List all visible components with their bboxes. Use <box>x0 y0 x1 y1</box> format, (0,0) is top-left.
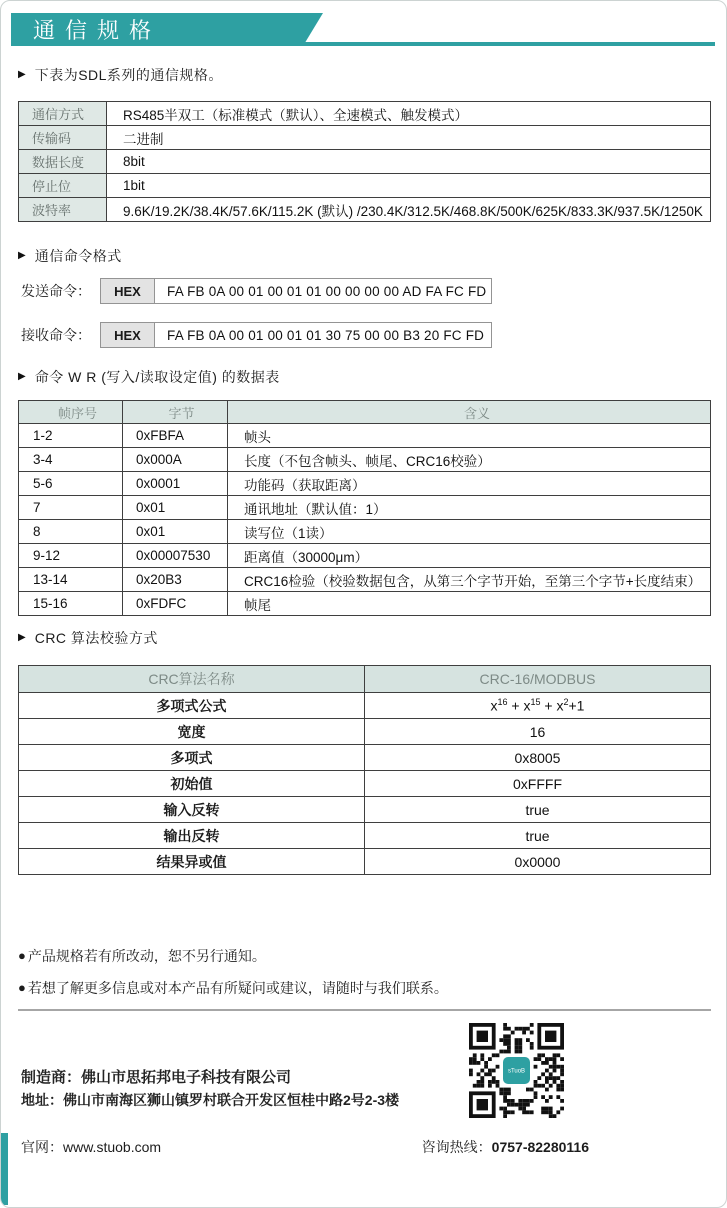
footer-bottom-row: 官网：www.stuob.com 咨询热线：0757-82280116 <box>21 1137 709 1157</box>
table-row: 多项式公式 x16 + x15 + x2+1 <box>19 693 711 719</box>
spec-value: RS485半双工（标准模式（默认）、全速模式、触发模式） <box>107 102 711 126</box>
intro-line: ▶ 下表为SDL系列的通信规格。 <box>18 67 709 83</box>
hex-type-cell: HEX <box>101 279 155 303</box>
spec-value: 8bit <box>107 150 711 174</box>
crc-param-value: 16 <box>365 719 711 745</box>
cell-meaning: 读写位（1读） <box>228 520 711 544</box>
crc-param-value: 0x8005 <box>365 745 711 771</box>
crc-param-name: 结果异或值 <box>19 849 365 875</box>
website-label: 官网： <box>21 1139 63 1155</box>
hotline-line: 咨询热线：0757-82280116 <box>422 1137 589 1157</box>
table-row: 初始值 0xFFFF <box>19 771 711 797</box>
crc-param-name: 宽度 <box>19 719 365 745</box>
cell-frame-no: 3-4 <box>19 448 123 472</box>
table-row: 停止位 1bit <box>19 174 711 198</box>
communication-spec-table: 通信方式 RS485半双工（标准模式（默认）、全速模式、触发模式） 传输码 二进… <box>18 101 711 222</box>
crc-table: CRC算法名称 CRC-16/MODBUS 多项式公式 x16 + x15 + … <box>18 665 711 875</box>
banner-accent-line <box>285 42 715 46</box>
send-command-row: 发送命令： HEX FA FB 0A 00 01 00 01 01 00 00 … <box>18 278 709 304</box>
spec-label: 通信方式 <box>19 102 107 126</box>
crc-param-name: 输入反转 <box>19 797 365 823</box>
cell-frame-no: 1-2 <box>19 424 123 448</box>
cell-frame-no: 7 <box>19 496 123 520</box>
qr-code: sTuoB <box>469 1023 564 1118</box>
triangle-bullet-icon: ▶ <box>18 248 26 264</box>
table-row: 3-4 0x000A 长度（不包含帧头、帧尾、CRC16校验） <box>19 448 711 472</box>
cell-frame-no: 5-6 <box>19 472 123 496</box>
hotline-number: 0757-82280116 <box>492 1139 589 1155</box>
cell-byte: 0x01 <box>123 520 228 544</box>
cell-meaning: 帧头 <box>228 424 711 448</box>
note-text: 产品规格若有所改动，恕不另行通知。 <box>28 947 266 965</box>
address-line: 地址：佛山市南海区狮山镇罗村联合开发区恒桂中路2号2-3楼 <box>21 1089 709 1111</box>
cell-byte: 0x0001 <box>123 472 228 496</box>
table-row: 13-14 0x20B3 CRC16检验（校验数据包含，从第三个字节开始，至第三… <box>19 568 711 592</box>
table-header-row: 帧序号 字节 含义 <box>19 401 711 424</box>
triangle-bullet-icon: ▶ <box>18 67 26 83</box>
crc-param-name: 多项式 <box>19 745 365 771</box>
manufacturer-line: 制造商：佛山市思拓邦电子科技有限公司 <box>21 1067 709 1089</box>
cell-byte: 0x000A <box>123 448 228 472</box>
spec-label: 数据长度 <box>19 150 107 174</box>
crc-param-name: 多项式公式 <box>19 693 365 719</box>
page-content: ▶ 下表为SDL系列的通信规格。 通信方式 RS485半双工（标准模式（默认）、… <box>1 67 726 1157</box>
receive-command-value: FA FB 0A 00 01 00 01 01 30 75 00 00 B3 2… <box>155 323 491 347</box>
triangle-bullet-icon: ▶ <box>18 630 26 646</box>
spec-label: 波特率 <box>19 198 107 222</box>
section-title-text: 通信命令格式 <box>35 248 122 264</box>
column-header: 字节 <box>123 401 228 424</box>
section-title-data-table: ▶ 命令 W R (写入/读取设定值) 的数据表 <box>18 369 709 385</box>
cell-meaning: 功能码（获取距离） <box>228 472 711 496</box>
crc-param-value: x16 + x15 + x2+1 <box>365 693 711 719</box>
receive-command-row: 接收命令： HEX FA FB 0A 00 01 00 01 01 30 75 … <box>18 322 709 348</box>
note-text: 若想了解更多信息或对本产品有所疑问或建议，请随时与我们联系。 <box>28 979 448 997</box>
dot-bullet-icon: ● <box>18 979 26 997</box>
table-row: 波特率 9.6K/19.2K/38.4K/57.6K/115.2K (默认) /… <box>19 198 711 222</box>
intro-text: 下表为SDL系列的通信规格。 <box>35 67 223 83</box>
crc-param-name: 初始值 <box>19 771 365 797</box>
table-row: 数据长度 8bit <box>19 150 711 174</box>
spec-sheet-page: 通信规格 ▶ 下表为SDL系列的通信规格。 通信方式 RS485半双工（标准模式… <box>0 0 727 1208</box>
table-row: 15-16 0xFDFC 帧尾 <box>19 592 711 616</box>
table-row: 1-2 0xFBFA 帧头 <box>19 424 711 448</box>
hotline-label: 咨询热线： <box>422 1139 492 1155</box>
column-header: CRC-16/MODBUS <box>365 666 711 693</box>
receive-command-box: HEX FA FB 0A 00 01 00 01 01 30 75 00 00 … <box>100 322 492 348</box>
table-row: 7 0x01 通讯地址（默认值：1） <box>19 496 711 520</box>
table-header-row: CRC算法名称 CRC-16/MODBUS <box>19 666 711 693</box>
cell-byte: 0xFDFC <box>123 592 228 616</box>
table-row: 输入反转 true <box>19 797 711 823</box>
crc-param-value: true <box>365 823 711 849</box>
cell-byte: 0x20B3 <box>123 568 228 592</box>
table-row: 5-6 0x0001 功能码（获取距离） <box>19 472 711 496</box>
table-row: 结果异或值 0x0000 <box>19 849 711 875</box>
spec-value: 二进制 <box>107 126 711 150</box>
crc-param-value: 0xFFFF <box>365 771 711 797</box>
column-header: 含义 <box>228 401 711 424</box>
cell-byte: 0x00007530 <box>123 544 228 568</box>
page-title: 通信规格 <box>11 14 161 45</box>
table-row: 输出反转 true <box>19 823 711 849</box>
table-row: 多项式 0x8005 <box>19 745 711 771</box>
send-command-label: 发送命令： <box>21 281 100 301</box>
cell-frame-no: 13-14 <box>19 568 123 592</box>
cell-meaning: 通讯地址（默认值：1） <box>228 496 711 520</box>
cell-byte: 0x01 <box>123 496 228 520</box>
crc-param-value: true <box>365 797 711 823</box>
column-header: CRC算法名称 <box>19 666 365 693</box>
table-row: 8 0x01 读写位（1读） <box>19 520 711 544</box>
section-title-command-format: ▶ 通信命令格式 <box>18 248 709 264</box>
dot-bullet-icon: ● <box>18 947 26 965</box>
receive-command-label: 接收命令： <box>21 325 100 345</box>
cell-byte: 0xFBFA <box>123 424 228 448</box>
cell-frame-no: 15-16 <box>19 592 123 616</box>
spec-label: 传输码 <box>19 126 107 150</box>
footer-divider <box>18 1009 711 1011</box>
table-row: 传输码 二进制 <box>19 126 711 150</box>
table-row: 通信方式 RS485半双工（标准模式（默认）、全速模式、触发模式） <box>19 102 711 126</box>
qr-logo-text: sTuoB <box>508 1069 525 1075</box>
send-command-box: HEX FA FB 0A 00 01 00 01 01 00 00 00 00 … <box>100 278 492 304</box>
cell-meaning: 帧尾 <box>228 592 711 616</box>
section-banner: 通信规格 <box>11 13 323 46</box>
cell-frame-no: 8 <box>19 520 123 544</box>
crc-param-value: 0x0000 <box>365 849 711 875</box>
command-data-table: 帧序号 字节 含义 1-2 0xFBFA 帧头 3-4 0x000A 长度（不包… <box>18 400 711 616</box>
send-command-value: FA FB 0A 00 01 00 01 01 00 00 00 00 AD F… <box>155 279 491 303</box>
website-url: www.stuob.com <box>63 1139 161 1155</box>
crc-param-name: 输出反转 <box>19 823 365 849</box>
table-row: 9-12 0x00007530 距离值（30000μm） <box>19 544 711 568</box>
table-row: 宽度 16 <box>19 719 711 745</box>
triangle-bullet-icon: ▶ <box>18 369 26 385</box>
spec-value: 1bit <box>107 174 711 198</box>
spec-value: 9.6K/19.2K/38.4K/57.6K/115.2K (默认) /230.… <box>107 198 711 222</box>
cell-meaning: CRC16检验（校验数据包含，从第三个字节开始，至第三个字节+长度结束） <box>228 568 711 592</box>
cell-meaning: 长度（不包含帧头、帧尾、CRC16校验） <box>228 448 711 472</box>
section-title-text: CRC 算法校验方式 <box>35 630 158 646</box>
teal-edge-accent <box>1 1133 8 1205</box>
cell-meaning: 距离值（30000μm） <box>228 544 711 568</box>
website-line: 官网：www.stuob.com <box>21 1137 161 1157</box>
spec-label: 停止位 <box>19 174 107 198</box>
section-title-text: 命令 W R (写入/读取设定值) 的数据表 <box>35 369 280 385</box>
column-header: 帧序号 <box>19 401 123 424</box>
hex-type-cell: HEX <box>101 323 155 347</box>
section-title-crc: ▶ CRC 算法校验方式 <box>18 630 709 646</box>
note-line: ● 产品规格若有所改动，恕不另行通知。 <box>18 947 709 965</box>
cell-frame-no: 9-12 <box>19 544 123 568</box>
note-line: ● 若想了解更多信息或对本产品有所疑问或建议，请随时与我们联系。 <box>18 979 709 997</box>
